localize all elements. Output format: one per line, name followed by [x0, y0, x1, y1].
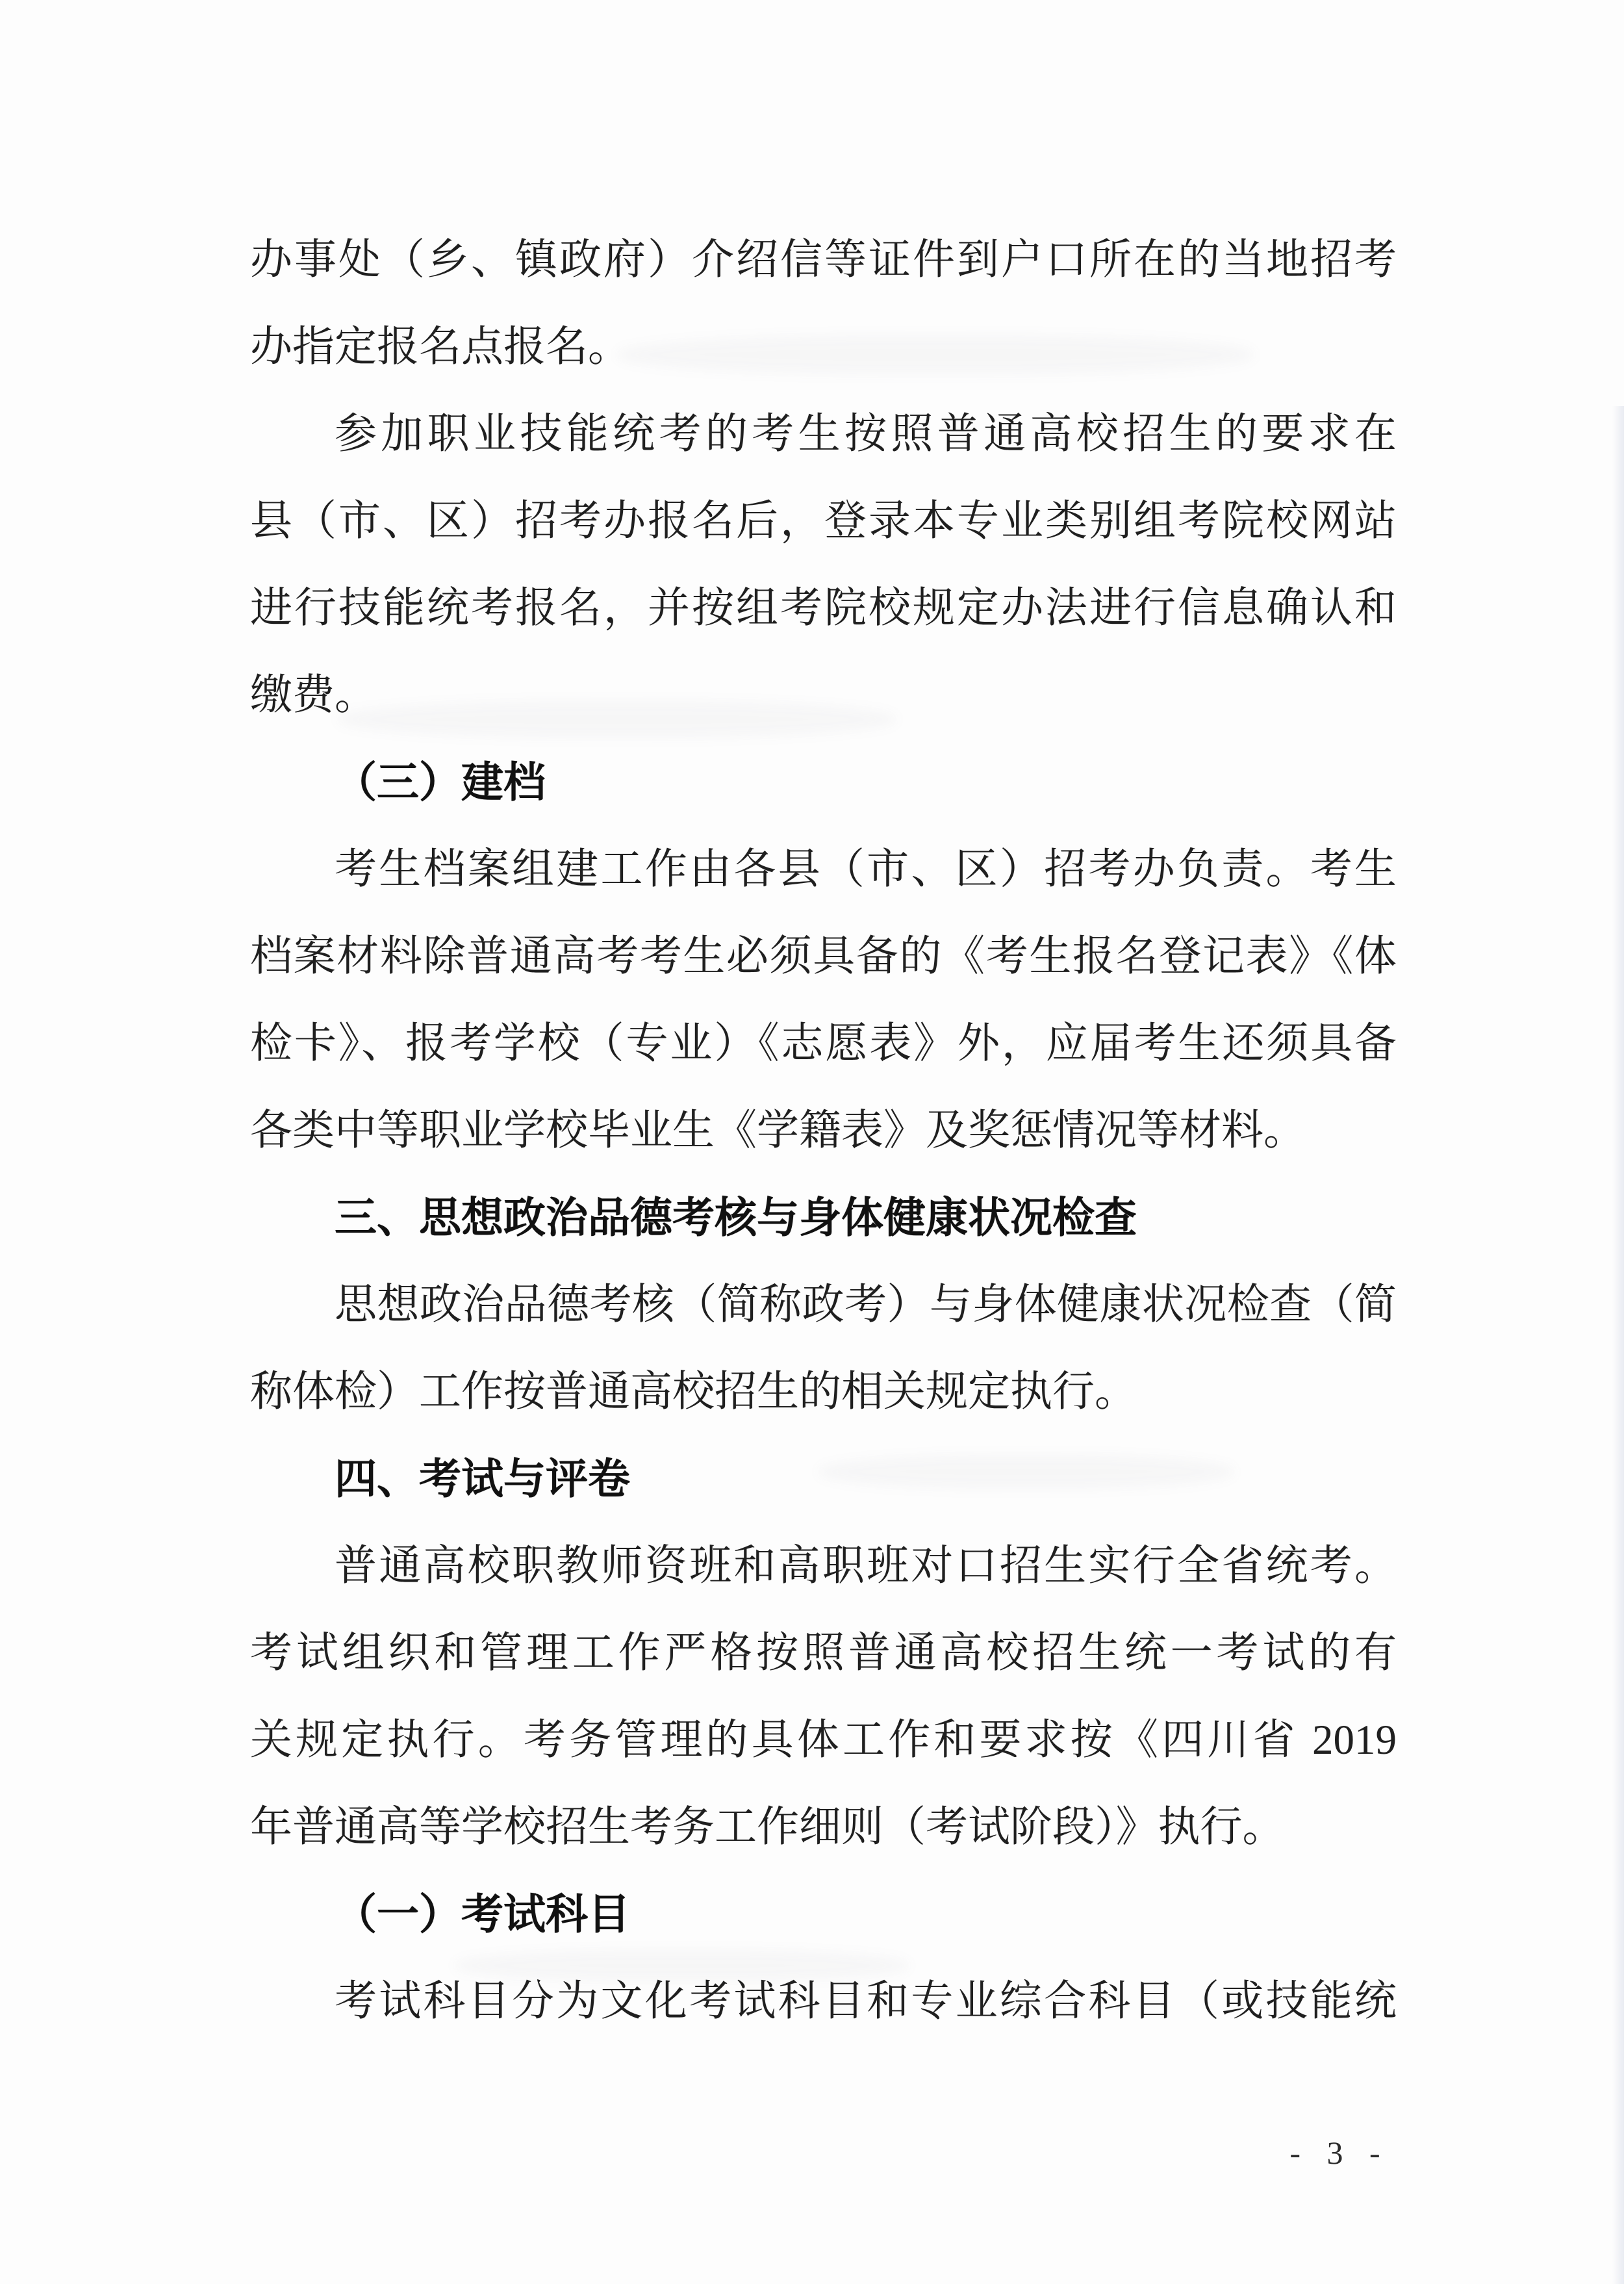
text-line: 考试组织和管理工作严格按照普通高校招生统一考试的有 [250, 1610, 1397, 1697]
paragraph-block: 思想政治品德考核（简称政考）与身体健康状况检查（简称体检）工作按普通高校招生的相… [250, 1261, 1397, 1435]
text-line: 四、考试与评卷 [250, 1435, 1397, 1522]
text-block: 办事处（乡、镇政府）介绍信等证件到户口所在的当地招考办指定报名点报名。参加职业技… [250, 216, 1397, 2045]
text-line: 档案材料除普通高考考生必须具备的《考生报名登记表》《体 [250, 913, 1397, 1000]
text-line: 县（市、区）招考办报名后，登录本专业类别组考院校网站 [250, 478, 1397, 565]
heading-block: 三、思想政治品德考核与身体健康状况检查 [250, 1174, 1397, 1261]
text-line: 缴费。 [250, 652, 1397, 739]
paragraph-block: 办事处（乡、镇政府）介绍信等证件到户口所在的当地招考办指定报名点报名。 [250, 216, 1397, 391]
heading-block: （一）考试科目 [250, 1871, 1397, 1958]
paragraph-block: 考生档案组建工作由各县（市、区）招考办负责。考生档案材料除普通高考考生必须具备的… [250, 826, 1397, 1174]
paragraph-block: 参加职业技能统考的考生按照普通高校招生的要求在县（市、区）招考办报名后，登录本专… [250, 391, 1397, 739]
heading-block: 四、考试与评卷 [250, 1435, 1397, 1522]
text-line: （一）考试科目 [250, 1871, 1397, 1958]
paragraph-block: 普通高校职教师资班和高职班对口招生实行全省统考。考试组织和管理工作严格按照普通高… [250, 1522, 1397, 1871]
text-line: 三、思想政治品德考核与身体健康状况检查 [250, 1174, 1397, 1261]
text-line: 检卡》、报考学校（专业）《志愿表》外，应届考生还须具备 [250, 1000, 1397, 1087]
text-line: 思想政治品德考核（简称政考）与身体健康状况检查（简 [250, 1261, 1397, 1348]
text-line: （三）建档 [250, 739, 1397, 826]
page-number: - 3 - [1275, 2133, 1404, 2172]
scan-edge-shadow [1612, 406, 1624, 2284]
text-line: 各类中等职业学校毕业生《学籍表》及奖惩情况等材料。 [250, 1087, 1397, 1174]
text-line: 参加职业技能统考的考生按照普通高校招生的要求在 [250, 391, 1397, 478]
text-line: 考生档案组建工作由各县（市、区）招考办负责。考生 [250, 826, 1397, 913]
text-line: 办指定报名点报名。 [250, 303, 1397, 391]
paragraph-block: 考试科目分为文化考试科目和专业综合科目（或技能统 [250, 1958, 1397, 2045]
text-line: 关规定执行。考务管理的具体工作和要求按《四川省 2019 [250, 1697, 1397, 1784]
text-line: 普通高校职教师资班和高职班对口招生实行全省统考。 [250, 1522, 1397, 1610]
text-line: 办事处（乡、镇政府）介绍信等证件到户口所在的当地招考 [250, 216, 1397, 303]
document-page: 办事处（乡、镇政府）介绍信等证件到户口所在的当地招考办指定报名点报名。参加职业技… [0, 0, 1624, 2284]
text-line: 年普通高等学校招生考务工作细则（考试阶段）》执行。 [250, 1784, 1397, 1871]
text-line: 进行技能统考报名，并按组考院校规定办法进行信息确认和 [250, 565, 1397, 652]
text-line: 称体检）工作按普通高校招生的相关规定执行。 [250, 1348, 1397, 1435]
text-line: 考试科目分为文化考试科目和专业综合科目（或技能统 [250, 1958, 1397, 2045]
heading-block: （三）建档 [250, 739, 1397, 826]
